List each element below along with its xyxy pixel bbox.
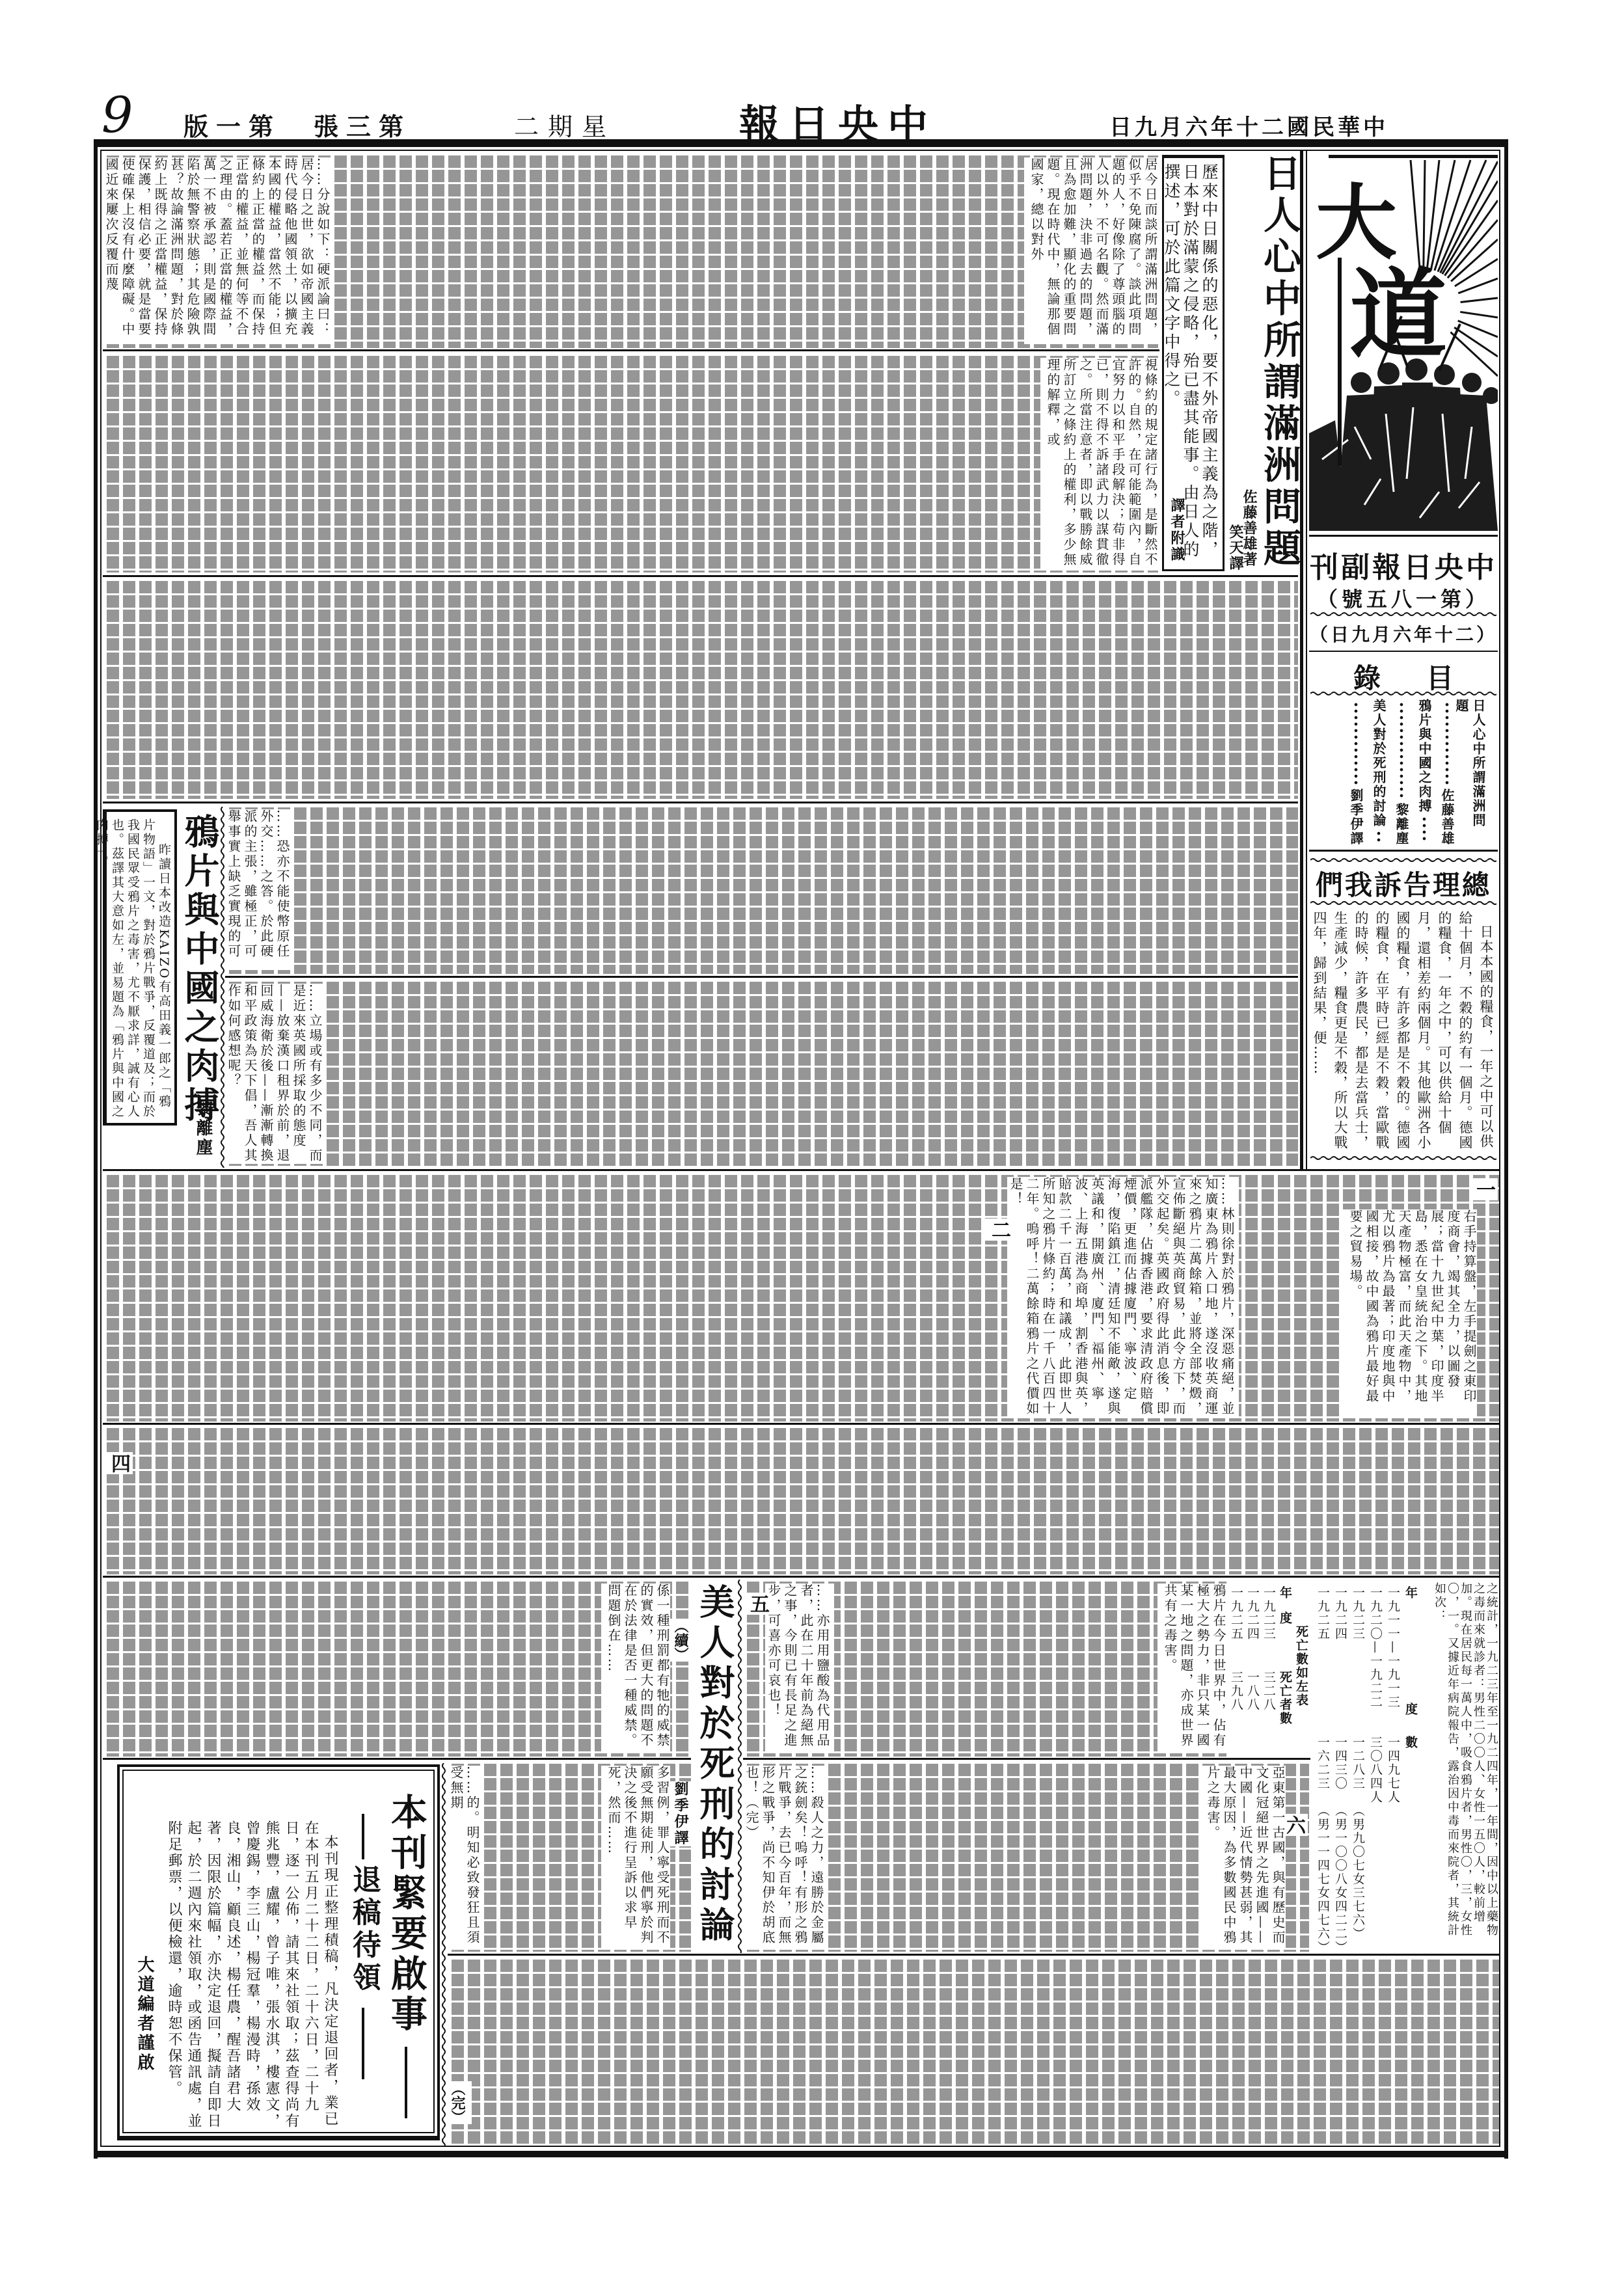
wavy-vertical-divider (737, 1580, 742, 1953)
table-row: 一九二〇—一九二二 三〇八四人 (1368, 1580, 1383, 1952)
toc-entry-title: 鴉片與中國之肉搏 (1416, 699, 1433, 846)
table-cell-year: 一九二三 (1261, 1586, 1277, 1641)
table-cell-year: 一九二〇—一九二二 (1368, 1586, 1383, 1709)
body-text-column-group: 係一種刑罰都有牠的威禁的實效，但更大的問題不在於法律是否一種威禁。問題倒在…… (601, 1584, 670, 1753)
wavy-divider (1310, 1155, 1496, 1161)
toc-entry-title: 美人對於死刑的討論 (1370, 699, 1387, 846)
table-cell-count: 一二八三 (1350, 1736, 1366, 1790)
body-text-column-group: 多習例，罪人寧受死刑而不願受無期徒刑，他們寧於判決之後不進行呈訴以求早死，然而…… (601, 1766, 670, 1948)
article-band-1: 居今日而談所謂滿洲問題，似乎不免陳腐了。談此項問題的人，好像除了尊頭腦的人以外，… (103, 154, 1158, 348)
article-band-7-right: 鴉片在今日世界中，佔有極大之勢力，非只某一國某一地之問題，亦成世界共有之毒害。 … (743, 1580, 1226, 1757)
quote-text: 日本本國的糧食，一年之中可以供給十個月，不穀的約有一個月。德國的糧食，一年之中，… (1310, 911, 1496, 1152)
opium-statistics-text: 之統計，一九二三年至一九二四年，一年間，因中以上藥物之毒而來就診者：男性二〇〇人… (1420, 1582, 1498, 1950)
toc-list: 日人心中所謂滿洲問題 佐藤善雄 鴉片與中國之肉搏 黎離塵 美人對於死刑的討論 劉… (1309, 699, 1498, 846)
translator-note-box: 歷來中日關係的惡化，要不外帝國主義為之階，日本對於滿蒙之侵略，殆已盡其能事。由日… (1162, 155, 1225, 571)
toc-leader-dots (1445, 701, 1449, 786)
article-translator: 笑天譯 (1226, 524, 1246, 571)
supplement-title: 中央日報副刊 (1309, 544, 1498, 586)
editorial-notice-box: 本刊緊要啟事 退稿待領 本刊現正整理積稿，凡決定退回者，業已在本刊五月二十二日，… (117, 1764, 440, 2140)
table-cell-count: 一八八 (1245, 1671, 1260, 1712)
article-band-8-left: 劉季伊譯 多習例，罪人寧受死刑而不願受無期徒刑，他們寧於判決之後不進行呈訴以求早… (448, 1762, 691, 1952)
opium-intro-box: 昨讀日本改造KAIZO有高田義一郎之「鴉片物語」一文，對於鴉片戰爭，反覆道及；而… (103, 809, 177, 1126)
wavy-vertical-divider (441, 1763, 446, 2146)
toc-entry-2-author: 黎離塵 (1393, 803, 1410, 846)
wavy-divider (1310, 857, 1496, 863)
supplement-column-divider-inner (1306, 151, 1307, 1169)
newspaper-page: 9 第三張 第一版 星期二 中央日報 中華民國二十年六月九日 (0, 0, 1624, 2292)
band-rule (103, 802, 1298, 803)
table-row: 一九一一—一九一三 一四九七人 (1385, 1580, 1401, 1952)
toc-bottom-rule (1309, 850, 1498, 852)
band-rule (448, 1954, 1499, 1956)
wavy-divider (1310, 900, 1496, 906)
toc-entry-author: 黎離塵 (1393, 699, 1410, 846)
body-text-column-group: ……殺人之力，遠勝於金屬之銃劍矣！嗚呼！有形之鴉片戰爭，去已今百年，而無形之戰爭… (743, 1766, 828, 1948)
table-cell-count: 一四三〇 (1333, 1736, 1348, 1790)
table-row: 一九二四 一八八 (1245, 1580, 1260, 1757)
table-cell-count: 一四九七人 (1385, 1736, 1401, 1804)
frame-bottom-border (94, 2151, 1508, 2157)
article-end-mark: （完） (448, 2081, 472, 2124)
article-band-5: 一 右手持算盤，左手提劍之東印度商會，竭其全力，以圖發展；當十九世紀中葉，印度半… (103, 1173, 1499, 1422)
table-header-column: 年度 死亡者數 (1277, 1580, 1293, 1757)
table-cell-year: 一九二四 (1333, 1586, 1348, 1641)
toc-entry-title: 日人心中所謂滿洲問題 (1461, 699, 1478, 846)
death-count-table: 死亡數如左表 年度 死亡者數 一九二三 三二八 一九二四 一八八 一九二五 三九… (1228, 1580, 1310, 1757)
article-band-7-left: （續） 係一種刑罰都有牠的威禁的實效，但更大的問題不在於法律是否一種威禁。問題倒… (103, 1580, 691, 1757)
article-band-6: 四 (103, 1426, 1499, 1574)
body-text-column-group: ……的。明知必致發狂且須受無期 (448, 1766, 484, 1948)
toc-entry-1-title: 日人心中所謂滿洲問題 (1453, 699, 1487, 841)
notice-subtitle-bracket-line (362, 2008, 364, 2079)
wavy-divider (1310, 612, 1496, 617)
table-cell-year: 一九二五 (1228, 1586, 1244, 1641)
notice-title: 本刊緊要啟事 (386, 1793, 427, 2035)
body-text-column-group: 亞東第一古國，與有歷史而文化冠絕世界之先進國——中國——近代情勢甚弱，其最大原因… (1200, 1766, 1286, 1948)
table-cell-count: 三九八 (1228, 1671, 1244, 1712)
article-translator: 劉季伊譯 (667, 1781, 691, 1846)
section-marker: 一 (1469, 1178, 1498, 1200)
section-marker: 五 (743, 1593, 772, 1615)
table-header-column: 年度 患者數 (1403, 1580, 1418, 1952)
toc-leader-dots (1354, 701, 1358, 786)
table-row: 一九二五 一六二三 （男一一四七女四七六） (1315, 1580, 1331, 1952)
header-rule (94, 139, 1508, 147)
translator-note-signature: 譯者附識 (1167, 498, 1187, 563)
body-text-column-group: ……林則徐對於鴉片，深惡痛絕，並知廣東為鴉片入口地，遂沒收英商運來之鴉片二萬餘箱… (1007, 1177, 1239, 1418)
toc-entry-3-author: 劉季伊譯 (1347, 789, 1364, 846)
table-cell-count: 一六二三 (1315, 1736, 1331, 1790)
table-cell-year: 一九二三 (1350, 1586, 1366, 1641)
toc-entry-2-title: 鴉片與中國之肉搏 (1416, 699, 1433, 813)
band-rule (103, 1423, 1499, 1425)
toc-title: 目錄 (1309, 657, 1498, 696)
article-band-9: （完） (448, 1958, 1499, 2145)
patient-count-table: 年度 患者數 一九一一—一九一三 一四九七人 一九二〇—一九二二 三〇八四人 一… (1312, 1580, 1420, 1952)
band-rule (103, 349, 1159, 351)
article-title-manchuria: 日人心中所謂滿洲問題 (1259, 154, 1299, 576)
table-row: 一九二四 一四三〇 （男一〇〇八女四二二） (1333, 1580, 1348, 1952)
article-title-opium: 鴉片與中國之肉搏 (181, 813, 219, 1126)
article-title-death-penalty: 美人對於死刑的討論 (694, 1584, 737, 1947)
toc-leader-dots (1400, 701, 1403, 800)
illustration-char-dao: 道 (1349, 258, 1447, 372)
table-cell-breakdown: （男一一四七女四七六） (1315, 1804, 1331, 1952)
frame-left-inner-border (100, 150, 101, 2146)
frame-right-border (1504, 147, 1508, 2159)
table-cell-year: 一九二五 (1315, 1586, 1331, 1641)
table-row: 一九二三 三二八 (1261, 1580, 1277, 1757)
body-text-column-group: ……立場或有多少不同，而是近來英國所採取的態度——放棄漢口租界於前，退回威海衛於… (225, 984, 327, 1164)
table-row: 一九二三 一二八三 （男九〇七女三七六） (1350, 1580, 1366, 1952)
table-cell-count: 三〇八四人 (1368, 1736, 1383, 1804)
supplement-title-rule (1309, 535, 1498, 537)
table-cell-breakdown: （男九〇七女三七六） (1350, 1804, 1366, 1941)
flag-pole-icon (1338, 258, 1342, 466)
notice-title-bracket-line (405, 2047, 407, 2118)
section-marker: 四 (104, 1452, 133, 1474)
toc-leader-dots (1422, 816, 1426, 843)
notice-signature: 大道編者謹啟 (133, 1956, 157, 2073)
article-band-3 (103, 579, 1298, 799)
band-rule (225, 976, 1298, 978)
body-text-column-group: 鴉片在今日世界中，佔有極大之勢力，非只某一國某一地之問題，亦成世界共有之毒害。 (1157, 1584, 1226, 1753)
body-text-column-group: 視條約的規定諸行為，是斷然不許的。自然，在可能範圍內，自宜努力以和平手段解決；苟… (1040, 358, 1158, 569)
article-band-2: 視條約的規定諸行為，是斷然不許的。自然，在可能範圍內，自宜努力以和平手段解決；苟… (103, 354, 1158, 573)
band-rule (743, 1758, 1310, 1760)
body-text-column-group: 右手持算盤，左手提劍之東印度商會，竭其全力，以圖發展；當十九世紀中葉，印度半島，… (1343, 1209, 1477, 1418)
weekday-label: 星期二 (514, 107, 616, 142)
supplement-issue-number: （第一八五號） (1309, 583, 1498, 613)
continued-label: （續） (667, 1619, 691, 1662)
band-rule (103, 1576, 1499, 1578)
notice-subtitle-bracket-line (362, 1814, 364, 1859)
table-cell-count: 三二八 (1261, 1671, 1277, 1712)
notice-subtitle: 退稿待領 (347, 1865, 380, 1995)
body-text-column-group: ……分說如下：硬派論曰：居今日之世，欲如帝國主義時代侵略他國領土，以擴充本國的權… (103, 157, 334, 344)
article-band-8-right: 六 亞東第一古國，與有歷史而文化冠絕世界之先進國——中國——近代情勢甚弱，其最大… (743, 1762, 1309, 1952)
toc-entry-3-title: 美人對於死刑的討論 (1370, 699, 1387, 828)
article-band-4a: ……恐亦不能使幣原任外交……之答。於此硬派的主張，雖極正，可舉事實上缺乏實現的可 (225, 805, 1298, 974)
band-rule (103, 575, 1298, 577)
body-text-column-group: 居今日而談所謂滿洲問題，似乎不免陳腐了。談此項問題的人，好像除了尊頭腦的人以外，… (1024, 157, 1158, 344)
body-text-column-group: ……亦用用鹽酸為代用品者，此在二十年前為絕無之事，今則已有長足之進步，可喜亦可哀… (765, 1584, 834, 1753)
table-cell-year: 一九二四 (1245, 1586, 1260, 1641)
table-row: 一九二五 三九八 (1228, 1580, 1244, 1757)
frame-bottom-inner-border (100, 2146, 1500, 2147)
issue-date: 中華民國二十年六月九日 (1109, 109, 1388, 141)
death-table-title: 死亡數如左表 (1293, 1625, 1309, 1707)
toc-entry-author: 劉季伊譯 (1347, 699, 1364, 846)
table-header-count: 死亡者數 (1277, 1671, 1293, 1725)
page-number: 9 (101, 86, 133, 144)
frame-top-inner-border (100, 150, 1500, 151)
article-author: 黎離塵 (191, 1099, 215, 1158)
edition-label: 第三張 第一版 (183, 107, 411, 142)
toc-leader-dots (1377, 830, 1381, 843)
table-cell-year: 一九一一—一九一三 (1385, 1586, 1401, 1709)
section-marker: 二 (984, 1219, 1013, 1241)
masthead-illustration: 大 道 (1309, 154, 1498, 531)
supplement-date-rule (1309, 651, 1498, 652)
wavy-divider (1310, 691, 1496, 696)
frame-left-border (94, 147, 98, 2159)
notice-body: 本刊現正整理積稿，凡決定退回者，業已在本刊五月二十二日，二十六日，二十九日，逐一… (164, 1820, 340, 2131)
supplement-date: （二十年六月九日） (1309, 621, 1498, 647)
quote-title: 總理告訴我們 (1309, 864, 1498, 903)
body-text-column-group: ……恐亦不能使幣原任外交……之答。於此硬派的主張，雖極正，可舉事實上缺乏實現的可 (225, 809, 294, 970)
table-header-year: 年度 (1277, 1586, 1293, 1637)
frame-right-inner-border (1499, 150, 1500, 2146)
table-title-column: 死亡數如左表 (1293, 1580, 1309, 1757)
opium-intro-text: 昨讀日本改造KAIZO有高田義一郎之「鴉片物語」一文，對於鴉片戰爭，反覆道及；而… (94, 818, 172, 1119)
band-rule (103, 1758, 691, 1760)
table-cell-breakdown: （男一〇〇八女四二二） (1333, 1804, 1348, 1952)
wavy-vertical-divider (220, 807, 225, 1168)
article-band-4b: ……立場或有多少不同，而是近來英國所採取的態度——放棄漢口租界於前，退回威海衛於… (225, 980, 1298, 1168)
band-rule (103, 1169, 1499, 1171)
illustration-char-da: 大 (1316, 176, 1397, 271)
